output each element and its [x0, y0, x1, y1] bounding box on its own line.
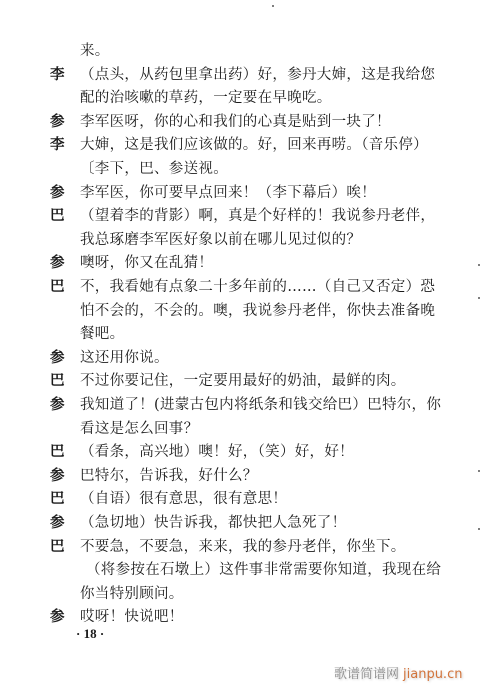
dialogue-line: 李大婶，这是我们应该做的。好，回来再唠。（音乐停）	[0, 134, 483, 156]
dialogue-text: 李军医呀，你的心和我们的心真是贴到一块了！	[80, 111, 391, 133]
dialogue-text: 你当特别顾问。	[80, 583, 184, 605]
dialogue-text: 来。	[80, 40, 110, 62]
dialogue-text: 我知道了！(进蒙古包内将纸条和钱交给巴）巴特尔，你	[80, 394, 441, 416]
watermark-url: jianpu.cn	[403, 667, 462, 682]
dialogue-line: 参（急切地）快告诉我，都快把人急死了！	[0, 512, 483, 534]
dialogue-text: （将参按在石墩上）这件事非常需要你知道，我现在给	[86, 559, 441, 581]
dialogue-text: 李军医，你可要早点回来！（李下幕后）唉！	[80, 182, 376, 204]
dialogue-text: 〔李下，巴、参送视。	[80, 158, 228, 180]
dialogue-text: （看条，高兴地）噢！好，（笑）好，好！	[80, 441, 354, 463]
dialogue-line: 参噢呀，你又在乱猜！	[0, 252, 483, 274]
dialogue-text: 巴特尔，告诉我，好什么？	[80, 465, 258, 487]
speaker-name: 巴	[50, 441, 65, 463]
scan-speck	[478, 264, 480, 266]
speaker-name: 巴	[50, 536, 65, 558]
dialogue-line: 参巴特尔，告诉我，好什么？	[0, 465, 483, 487]
speaker-name: 巴	[50, 370, 65, 392]
speaker-name: 参	[50, 252, 65, 274]
dialogue-line: 参哎呀！快说吧！	[0, 606, 483, 628]
dialogue-text: 看这是怎么回事？	[80, 418, 198, 440]
dialogue-continuation: 看这是怎么回事？	[0, 418, 483, 440]
dialogue-text: 我总琢磨李军医好象以前在哪儿见过似的？	[80, 229, 361, 251]
scan-speck	[478, 297, 480, 299]
dialogue-continuation: 你当特别顾问。	[0, 583, 483, 605]
dialogue-line: 巴不要急，不要急，来来，我的参丹老伴，你坐下。	[0, 536, 483, 558]
dialogue-text: 这还用你说。	[80, 347, 169, 369]
dialogue-continuation: 餐吧。	[0, 323, 483, 345]
speaker-name: 李	[50, 64, 65, 86]
speaker-name: 参	[50, 394, 65, 416]
dialogue-line: 巴（自语）很有意思，很有意思！	[0, 488, 483, 510]
scan-speck	[478, 470, 480, 472]
speaker-name: 巴	[50, 488, 65, 510]
dialogue-line: 巴（看条，高兴地）噢！好，（笑）好，好！	[0, 441, 483, 463]
scan-speck	[478, 528, 480, 530]
speaker-name: 参	[50, 111, 65, 133]
dialogue-text: （自语）很有意思，很有意思！	[80, 488, 287, 510]
dialogue-continuation: 〔李下，巴、参送视。	[0, 158, 483, 180]
dialogue-text: 不，我看她有点象二十多年前的……（自己又否定）恐	[80, 276, 435, 298]
page-number: · 18 ·	[76, 626, 104, 642]
speaker-name: 巴	[50, 205, 65, 227]
scan-speck	[272, 5, 274, 7]
dialogue-line: 巴不，我看她有点象二十多年前的……（自己又否定）恐	[0, 276, 483, 298]
dialogue-continuation: 来。	[0, 40, 483, 62]
dialogue-text: 大婶，这是我们应该做的。好，回来再唠。（音乐停）	[80, 134, 428, 156]
dialogue-text: 配的治咳嗽的草药，一定要在早晚吃。	[80, 87, 332, 109]
dialogue-line: 巴不过你要记住，一定要用最好的奶油，最鲜的肉。	[0, 370, 483, 392]
dialogue-text: 不过你要记住，一定要用最好的奶油，最鲜的肉。	[80, 370, 406, 392]
dialogue-continuation: 配的治咳嗽的草药，一定要在早晚吃。	[0, 87, 483, 109]
dialogue-text: 餐吧。	[80, 323, 124, 345]
dialogue-continuation: 我总琢磨李军医好象以前在哪儿见过似的？	[0, 229, 483, 251]
speaker-name: 巴	[50, 276, 65, 298]
dialogue-text: 噢呀，你又在乱猜！	[80, 252, 213, 274]
watermark: 歌谱简谱网jianpu.cn	[334, 663, 462, 682]
speaker-name: 参	[50, 347, 65, 369]
speaker-name: 参	[50, 606, 65, 628]
dialogue-line: 参这还用你说。	[0, 347, 483, 369]
dialogue-line: 参李军医呀，你的心和我们的心真是贴到一块了！	[0, 111, 483, 133]
dialogue-text: 不要急，不要急，来来，我的参丹老伴，你坐下。	[80, 536, 406, 558]
dialogue-line: 巴（望着李的背影）啊，真是个好样的！我说参丹老伴，	[0, 205, 483, 227]
dialogue-continuation: （将参按在石墩上）这件事非常需要你知道，我现在给	[0, 559, 483, 581]
dialogue-text: （望着李的背影）啊，真是个好样的！我说参丹老伴，	[80, 205, 435, 227]
watermark-site-name: 歌谱简谱网	[334, 667, 399, 682]
speaker-name: 参	[50, 182, 65, 204]
dialogue-text: （点头，从药包里拿出药）好，参丹大婶，这是我给您	[80, 64, 435, 86]
dialogue-continuation: 怕不会的，不会的。噢，我说参丹老伴，你快去准备晚	[0, 300, 483, 322]
speaker-name: 参	[50, 465, 65, 487]
speaker-name: 参	[50, 512, 65, 534]
speaker-name: 李	[50, 134, 65, 156]
dialogue-text: （急切地）快告诉我，都快把人急死了！	[80, 512, 346, 534]
dialogue-line: 参我知道了！(进蒙古包内将纸条和钱交给巴）巴特尔，你	[0, 394, 483, 416]
dialogue-line: 参李军医，你可要早点回来！（李下幕后）唉！	[0, 182, 483, 204]
dialogue-text: 怕不会的，不会的。噢，我说参丹老伴，你快去准备晚	[80, 300, 435, 322]
dialogue-line: 李（点头，从药包里拿出药）好，参丹大婶，这是我给您	[0, 64, 483, 86]
